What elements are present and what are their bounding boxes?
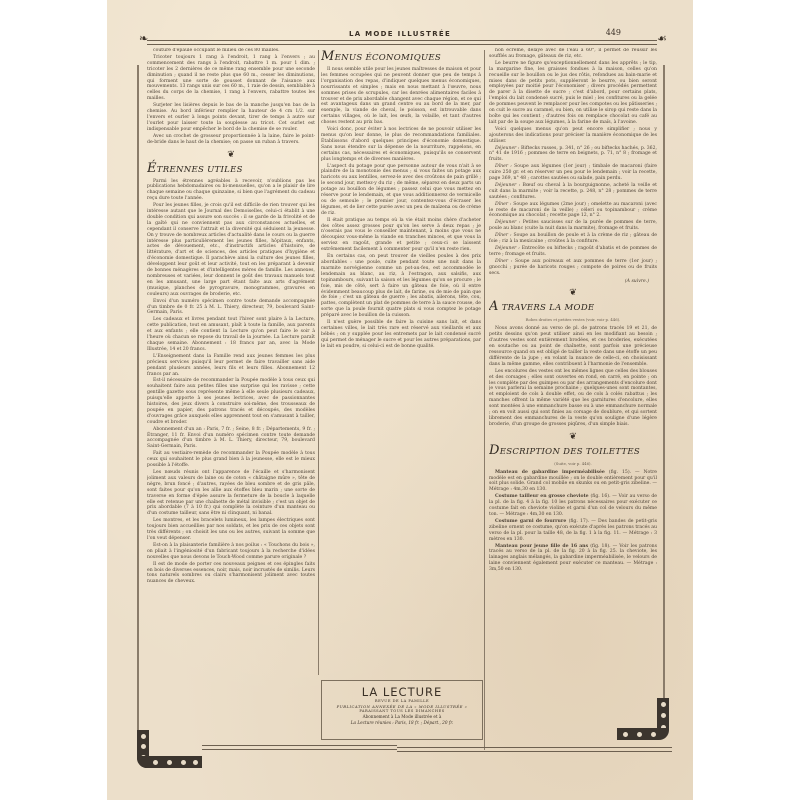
header-rule <box>147 40 657 45</box>
column-1: couture d'épaule occupant le milieu de c… <box>147 48 315 776</box>
paragraph: Surjeter les lisières depuis le bas de l… <box>147 103 315 133</box>
paragraph: Le beurre ne figure qu'exceptionnellemen… <box>489 61 657 126</box>
fleuron-icon: ❦ <box>147 150 315 160</box>
toilette-description: Manteau pour jeune fille de 16 ans (fig.… <box>489 544 657 574</box>
paragraph: L'aspect du potage pour que personne aut… <box>321 164 481 217</box>
description-subtitle: (Suite, voir p. 446). <box>489 461 657 467</box>
column-divider-2 <box>484 50 485 750</box>
paragraph: Fait au vestiaire-remède de recommander … <box>147 451 315 469</box>
chain-ornament-bottom-right-icon <box>617 728 669 740</box>
menu-item: Dîner : Soupe aux légumes (2me jour) ; o… <box>489 202 657 220</box>
lecture-subscription-2: La Lecture réunies : Paris, 18 fr. ; Dép… <box>322 720 482 726</box>
la-lecture-advertisement: LA LECTURE REVUE DE LA FAMILLE PUBLICATI… <box>321 680 483 740</box>
bottom-rule-left <box>202 745 397 750</box>
etrennes-heading: ÉTRENNES UTILES <box>147 163 315 176</box>
left-border-rule <box>137 65 139 730</box>
column-3: non écrémé, délayé avec de l'eau à 60°, … <box>489 48 657 776</box>
to-be-continued: (A suivre.) <box>489 279 649 285</box>
paragraph: Il est de mode de porter ces nouveaux pe… <box>147 562 315 586</box>
paragraph: En certains cas, on peut trouver de viei… <box>321 254 481 319</box>
menu-item: Déjeuner : Petites saucisses sur de la p… <box>489 220 657 232</box>
menu-item: Dîner : Soupe aux légumes (1er jour) ; t… <box>489 164 657 182</box>
paragraph: Est-on à la plaisanterie familière à nos… <box>147 543 315 561</box>
corner-ornament-right-icon: ☙ <box>657 34 673 44</box>
corner-ornament-left-icon: ❧ <box>139 34 155 44</box>
paragraph: Envoi d'un numéro spécimen contre toute … <box>147 299 315 317</box>
paragraph: non écrémé, délayé avec de l'eau à 60°, … <box>489 48 657 60</box>
column-2: MENUS ÉCONOMIQUES Il nous semble utile p… <box>321 48 481 680</box>
description-list: Manteau de gabardine imperméabilisée (fi… <box>489 470 657 573</box>
menus-article: Il nous semble utile pour les jeunes maî… <box>321 67 481 350</box>
a-travers-article: Nous avons donné au verso de pl. de patr… <box>489 326 657 427</box>
paragraph: Les nœuds réunis ont l'apparence de l'éc… <box>147 470 315 517</box>
column-divider-1 <box>318 50 319 675</box>
a-travers-subtitle: Robes droites et petites vestes (voir, v… <box>489 317 657 323</box>
menu-item: Déjeuner : Entrecôte ou biftecks ; ragoû… <box>489 246 657 258</box>
toilette-description: Manteau de gabardine imperméabilisée (fi… <box>489 470 657 494</box>
fleuron-icon: ❦ <box>489 432 657 442</box>
paragraph: Tricoter toujours 1 rang à l'endroit, 1 … <box>147 55 315 102</box>
paragraph: L'Enseignement dans la Famille rend aux … <box>147 354 315 378</box>
magazine-page: LA MODE ILLUSTRÉE 449 ❧ ☙ couture d'épau… <box>107 0 693 800</box>
toilette-description: Costume garni de fourrure (fig. 17). — D… <box>489 519 657 543</box>
paragraph: Avec un crochet de grosseur proportionné… <box>147 134 315 146</box>
paragraph: Voici donc, pour éviter à nos lectrices … <box>321 127 481 162</box>
paragraph: Nous avons donné au verso de pl. de patr… <box>489 326 657 367</box>
etrennes-article: Parmi les étrennes agréables à recevoir,… <box>147 179 315 586</box>
menu-list: Déjeuner : Biftecks russes, p. 341, n° 2… <box>489 146 657 277</box>
menus-continued: non écrémé, délayé avec de l'eau à 60°, … <box>489 48 657 145</box>
menu-item: Déjeuner : Bœuf ou cheval à la bourguign… <box>489 183 657 201</box>
paragraph: Voici quelques menus qu'on peut encore s… <box>489 127 657 145</box>
paragraph: Parmi les étrennes agréables à recevoir,… <box>147 179 315 203</box>
menus-heading: MENUS ÉCONOMIQUES <box>321 51 481 64</box>
paragraph: Les cadeaux et livres pendant tout l'hiv… <box>147 317 315 352</box>
paragraph: Abonnement d'un an : Paris, 7 fr. ; Sein… <box>147 427 315 451</box>
paragraph: Il n'est guère possible de faire la cuis… <box>321 320 481 350</box>
page-number: 449 <box>606 28 621 37</box>
chain-ornament-bottom-icon <box>137 756 202 768</box>
paragraph: Les encolures des vestes ont les mêmes l… <box>489 369 657 428</box>
description-heading: DESCRIPTION DES TOILETTES <box>489 445 657 458</box>
menu-item: Dîner : Soupe au bouillon de poule et à … <box>489 233 657 245</box>
right-border-rule <box>663 65 665 705</box>
lecture-title: LA LECTURE <box>322 685 482 699</box>
menu-item: Déjeuner : Biftecks russes, p. 341, n° 2… <box>489 146 657 164</box>
paragraph: Est-il nécessaire de recommander la Poup… <box>147 378 315 425</box>
paragraph: couture d'épaule occupant le milieu de c… <box>147 48 315 54</box>
paragraph: Il nous semble utile pour les jeunes maî… <box>321 67 481 126</box>
fleuron-icon: ❦ <box>489 288 657 298</box>
bottom-rule-right <box>397 747 672 752</box>
menu-item: Dîner : Soupe aux poireaux et aux pommes… <box>489 259 657 277</box>
a-travers-heading: A TRAVERS LA MODE <box>489 301 657 314</box>
toilette-description: Costume tailleur en grosse cheviote (fig… <box>489 494 657 518</box>
knitting-text: couture d'épaule occupant le milieu de c… <box>147 48 315 146</box>
paragraph: Pour les jeunes filles, je crois qu'il e… <box>147 203 315 298</box>
paragraph: Il était pratique au temps où la vie éta… <box>321 218 481 253</box>
paragraph: Les montres, et les bracelets lumineux, … <box>147 518 315 542</box>
